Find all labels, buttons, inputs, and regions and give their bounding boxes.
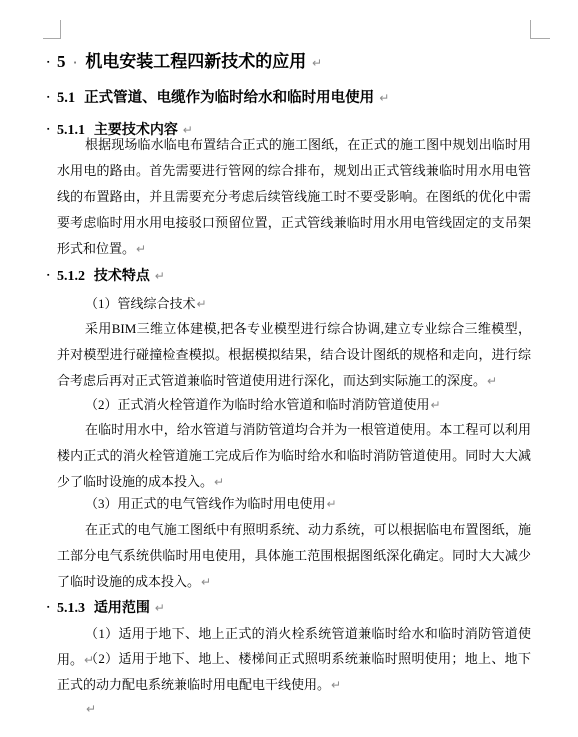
heading-5-1-2-number: 5.1.2 [57,269,85,284]
crop-mark-top-left-horizontal [43,38,61,39]
keep-with-next-bullet-icon: ▪ [47,265,49,287]
para-return-mark-icon: ↵ [155,601,165,615]
para-return-mark-icon: ↵ [136,242,146,256]
heading-5-1-3[interactable]: ▪ 5.1.3 适用范围 ↵ [57,597,165,619]
para-return-mark-icon: ↵ [86,702,96,716]
subheading-text: （3）用正式的电气管线作为临时用电使用 [85,496,326,511]
heading-5[interactable]: ▪ 5 · 机电安装工程四新技术的应用 ↵ [57,50,322,75]
paragraph-text: 采用BIM三维立体建模,把各专业模型进行综合协调,建立专业综合三维模型，并对模型… [57,321,531,388]
para-return-mark-icon: ↵ [327,497,337,511]
para-return-mark-icon: ↵ [197,297,207,311]
para-return-mark-icon: ↵ [487,374,497,388]
para-return-mark-icon: ↵ [214,475,224,489]
crop-mark-top-left-vertical [60,20,61,38]
heading-5-1-3-number: 5.1.3 [57,601,85,616]
subheading-pipeline-integration[interactable]: （1）管线综合技术↵ [57,291,531,317]
heading-5-1[interactable]: ▪ 5.1 正式管道、电缆作为临时给水和临时用电使用 ↵ [57,88,389,108]
subheading-electrical-conduit[interactable]: （3）用正式的电气管线作为临时用电使用↵ [57,491,531,517]
heading-5-1-2[interactable]: ▪ 5.1.2 技术特点 ↵ [57,265,165,287]
subheading-text: （2）正式消火栓管道作为临时给水管道和临时消防管道使用 [85,397,430,412]
list-item-text: （2）适用于地下、地上、楼梯间正式照明系统兼临时照明使用；地上、地下正式的动力配… [57,651,531,692]
paragraph-main-technical-content[interactable]: 根据现场临水临电布置结合正式的施工图纸，在正式的施工图中规划出临时用水用电的路由… [57,132,531,262]
keep-with-next-bullet-icon: ▪ [47,119,49,141]
paragraph-temporary-power[interactable]: 在正式的电气施工图纸中有照明系统、动力系统，可以根据临电布置图纸，施工部分电气系… [57,517,531,595]
para-return-mark-icon: ↵ [379,91,389,105]
heading-5-1-title: 正式管道、电缆作为临时给水和临时用电使用 [84,90,374,106]
crop-mark-top-right-vertical [530,20,531,38]
para-return-mark-icon: ↵ [431,398,441,412]
paragraph-text: 在临时用水中，给水管道与消防管道均合并为一根管道使用。本工程可以利用楼内正式的消… [57,422,531,489]
keep-with-next-bullet-icon: ▪ [47,50,49,75]
keep-with-next-bullet-icon: ▪ [47,597,49,619]
para-return-mark-icon: ↵ [312,56,322,70]
paragraph-text: 在正式的电气施工图纸中有照明系统、动力系统，可以根据临电布置图纸，施工部分电气系… [57,522,531,589]
para-return-mark-icon: ↵ [201,575,211,589]
heading-5-1-number: 5.1 [57,90,75,106]
paragraph-bim-modeling[interactable]: 采用BIM三维立体建模,把各专业模型进行综合协调,建立专业综合三维模型，并对模型… [57,316,531,394]
keep-with-next-bullet-icon: ▪ [47,88,49,108]
heading-5-1-3-title: 适用范围 [94,599,150,615]
crop-mark-top-right-horizontal [530,38,550,39]
para-return-mark-icon: ↵ [155,269,165,283]
heading-5-number: 5 [57,52,66,71]
subheading-text: （1）管线综合技术 [85,296,196,311]
para-return-mark-icon: ↵ [331,678,341,692]
heading-5-1-2-title: 技术特点 [94,267,150,283]
subheading-fire-hydrant-pipe[interactable]: （2）正式消火栓管道作为临时给水管道和临时消防管道使用↵ [57,392,531,418]
paragraph-temporary-water[interactable]: 在临时用水中，给水管道与消防管道均合并为一根管道使用。本工程可以利用楼内正式的消… [57,417,531,495]
heading-5-title: 机电安装工程四新技术的应用 [85,52,306,71]
paragraph-text: 根据现场临水临电布置结合正式的施工图纸，在正式的施工图中规划出临时用水用电的路由… [57,137,531,256]
list-item-scope-2[interactable]: （2）适用于地下、地上、楼梯间正式照明系统兼临时照明使用；地上、地下正式的动力配… [57,646,531,698]
empty-paragraph[interactable]: ↵ [57,696,531,722]
space-mark-icon: · [73,55,77,70]
document-page: ▪ 5 · 机电安装工程四新技术的应用 ↵ ▪ 5.1 正式管道、电缆作为临时给… [0,0,578,737]
